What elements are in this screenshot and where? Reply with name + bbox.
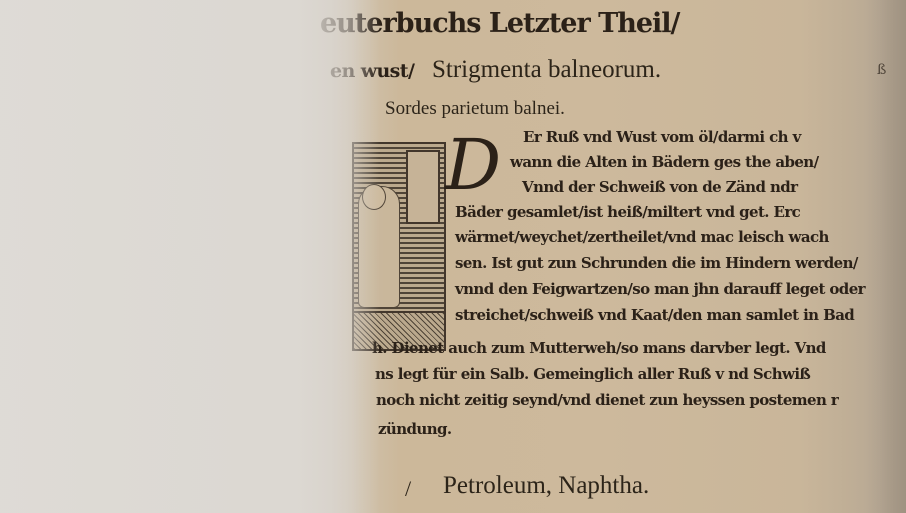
body-line: streichet/schweiß vnd Kaat/den man samle… (455, 306, 854, 324)
body-line: Vnnd der Schweiß von de Zänd ndr (522, 178, 797, 196)
drop-cap-initial: D (445, 130, 501, 200)
next-heading-slash: / (405, 476, 411, 502)
page-gutter-shadow (866, 0, 906, 513)
body-line: Er Ruß vnd Wust vom öl/darmi ch v (523, 128, 801, 146)
body-line: vnnd den Feigwartzen/so man jhn darauff … (455, 280, 865, 298)
next-heading-latin: Petroleum, Naphtha. (443, 472, 649, 500)
body-line: sen. Ist gut zun Schrunden die im Hinder… (455, 254, 858, 272)
book-page: euterbuchs Letzter Theil/ en wust/ Strig… (0, 0, 906, 513)
body-line: wärmet/weychet/zertheilet/vnd mac leisch… (455, 228, 829, 246)
body-line: h. Dienet auch zum Mutterweh/so mans dar… (372, 339, 826, 357)
body-line: noch nicht zeitig seynd/vnd dienet zun h… (376, 391, 838, 409)
woodcut-door (406, 150, 440, 224)
tissue-overlay (0, 0, 380, 513)
section-heading-latin: Strigmenta balneorum. (432, 56, 661, 84)
body-line: zündung. (378, 420, 452, 438)
body-line: Bäder gesamlet/ist heiß/miltert vnd get.… (455, 203, 800, 221)
body-line: ns legt für ein Salb. Gemeinglich aller … (375, 365, 810, 383)
section-subtitle-latin: Sordes parietum balnei. (385, 98, 565, 120)
body-line: wann die Alten in Bädern ges the aben/ (510, 153, 818, 171)
